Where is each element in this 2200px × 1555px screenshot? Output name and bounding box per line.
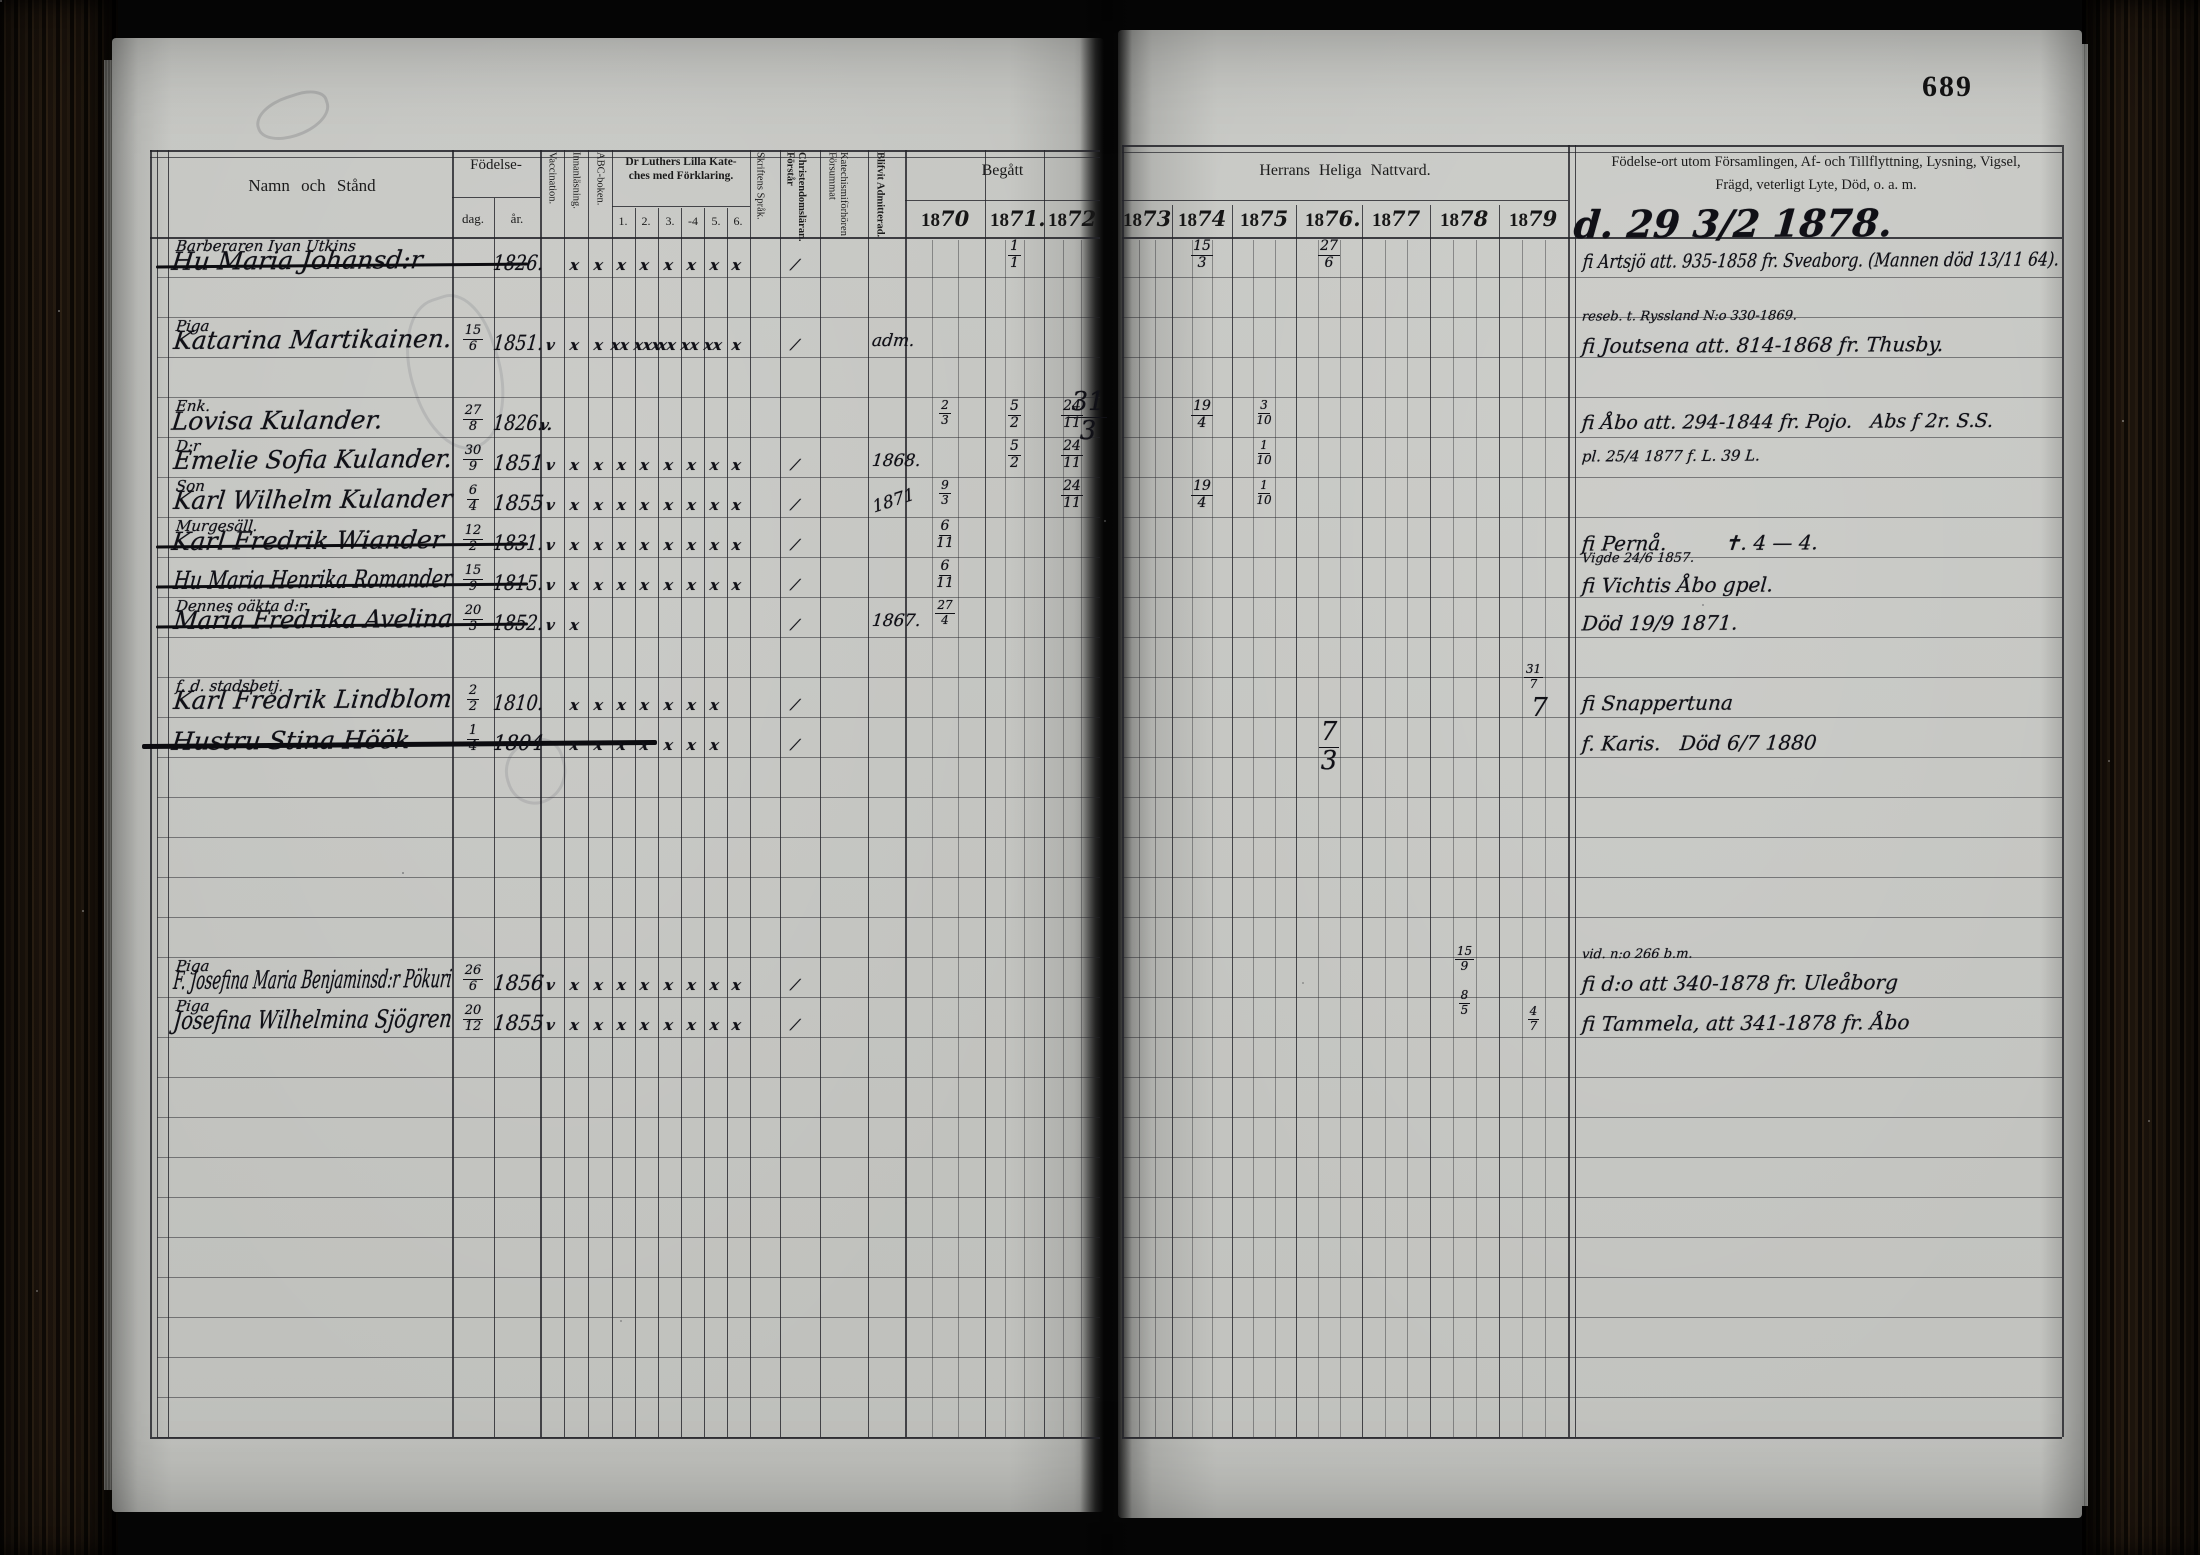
table-grid-line-h: [157, 877, 1100, 878]
table-grid-line-h: [157, 1197, 1100, 1198]
communion-date: 159: [1449, 945, 1481, 972]
mark-x: x: [731, 576, 742, 594]
table-grid-line-h: [1122, 1077, 2062, 1078]
mark-vaccination: v: [545, 576, 556, 594]
note-line: Död 19/9 1871.: [1581, 611, 1739, 636]
mark-x: xx: [610, 336, 630, 354]
parish-register-scan: 689 Namn och Stånd Födelse- dag. år. Vac…: [0, 0, 2200, 1555]
birth-year: 1851.: [492, 331, 545, 355]
table-grid-line-v: [1522, 240, 1523, 1437]
table-grid-line-v: [727, 208, 728, 1437]
table-grid-line-v: [750, 150, 751, 1437]
entry-name: Lovisa Kulander.: [170, 405, 384, 435]
year-label: 1875: [1240, 206, 1288, 232]
table-grid-line-h: [157, 477, 1100, 478]
mark-x: x: [639, 1016, 650, 1034]
communion-date: 310: [1248, 399, 1280, 426]
table-grid-line-v: [1122, 145, 1124, 1437]
table-grid-line-h: [1122, 1437, 2062, 1439]
table-grid-line-h: [1122, 517, 2062, 518]
mark-x: x: [663, 536, 674, 554]
birth-year: 1815.: [492, 571, 545, 595]
mark-understands: ⁄: [793, 456, 798, 474]
table-grid-line-h: [157, 1397, 1100, 1398]
mark-x: x: [663, 496, 674, 514]
mark-x: x: [569, 696, 580, 714]
table-grid-line-v: [1545, 240, 1546, 1437]
catechism-col-number: 1.: [615, 214, 631, 229]
birth-year: 1826.: [492, 411, 545, 435]
note-line: fi Snappertuna: [1581, 691, 1734, 716]
entry-name: F. Josefina Maria Benjaminsd:r Pökuri: [172, 964, 453, 995]
birth-day: 156: [457, 324, 489, 353]
mark-vaccination: v.: [539, 416, 554, 434]
table-grid-line-v: [1407, 240, 1408, 1437]
mark-vaccination: v: [545, 976, 556, 994]
catechism-col-number: -4: [685, 214, 701, 229]
entry-name: Maria Fredrika Avelina: [172, 604, 454, 635]
year-label: 1879: [1509, 206, 1557, 232]
table-grid-line-h: [157, 917, 1100, 918]
table-grid-line-v: [494, 198, 495, 1437]
admitted-value: 1868.: [871, 451, 922, 471]
mark-understands: ⁄: [793, 736, 798, 754]
table-grid-line-h: [157, 757, 1100, 758]
note-line: fi d:o att 340-1878 fr. Uleåborg: [1581, 970, 1899, 996]
table-grid-line-v: [1568, 145, 1570, 1437]
mark-x: xx: [680, 336, 700, 354]
table-grid-line-h: [150, 157, 1100, 158]
mark-x: x: [731, 336, 742, 354]
communion-date: 110: [1248, 439, 1280, 466]
mark-x: x: [663, 976, 674, 994]
table-grid-line-h: [157, 437, 1100, 438]
entry-name: Emelie Sofia Kulander.: [172, 444, 454, 475]
table-grid-line-v: [780, 150, 781, 1437]
table-grid-line-v: [704, 208, 705, 1437]
admitted-value: 1867.: [871, 611, 922, 631]
mark-x: x: [731, 536, 742, 554]
catechism-col-number: 2.: [638, 214, 654, 229]
table-grid-line-v: [150, 150, 152, 1437]
table-grid-line-h: [157, 957, 1100, 958]
mark-vaccination: v: [545, 496, 556, 514]
communion-date: 2411: [1056, 439, 1088, 470]
table-grid-line-v: [1362, 205, 1363, 1437]
birth-day: 122: [457, 524, 489, 553]
table-grid-line-h: [157, 277, 1100, 278]
table-grid-line-v: [2062, 145, 2064, 1437]
communion-date: 194: [1186, 479, 1218, 510]
table-grid-line-v: [868, 150, 869, 1437]
table-grid-line-v: [564, 150, 565, 1437]
note-line: fi Vichtis Åbo gpel.: [1581, 572, 1774, 597]
table-grid-line-v: [157, 150, 158, 1437]
mark-x: x: [593, 736, 604, 754]
mark-vaccination: v: [545, 456, 556, 474]
table-grid-line-h: [157, 1037, 1100, 1038]
mark-x: x: [593, 576, 604, 594]
mark-x: x: [663, 736, 674, 754]
birth-day: 2012: [457, 1004, 489, 1033]
table-grid-line-v: [1232, 205, 1233, 1437]
communion-date: 52: [999, 399, 1031, 430]
mark-x: x: [639, 496, 650, 514]
note-line: fi Joutsena att. 814-1868 fr. Thusby.: [1581, 332, 1945, 358]
birth-day: 14: [457, 724, 489, 753]
year-label: 1877: [1372, 206, 1420, 232]
mark-x: x: [709, 696, 720, 714]
mark-x: x: [731, 456, 742, 474]
table-grid-line-v: [1296, 205, 1297, 1437]
mark-x: x: [639, 976, 650, 994]
table-grid-line-h: [1122, 717, 2062, 718]
mark-x: x: [709, 976, 720, 994]
table-grid-line-h: [157, 717, 1100, 718]
table-grid-line-v: [1139, 240, 1140, 1437]
mark-x: x: [593, 256, 604, 274]
mark-x: x: [686, 576, 697, 594]
table-grid-line-h: [1122, 637, 2062, 638]
mark-understands: ⁄: [793, 616, 798, 634]
mark-x: x: [709, 456, 720, 474]
table-grid-line-h: [157, 1077, 1100, 1078]
table-grid-line-h: [1122, 152, 2062, 153]
mark-x: x: [569, 496, 580, 514]
note-line: fi Tammela, att 341-1878 fr. Åbo: [1581, 1010, 1911, 1036]
mark-x: x: [639, 536, 650, 554]
table-grid-line-v: [452, 150, 454, 1437]
table-grid-line-v: [1155, 240, 1156, 1437]
birth-year: 1852.: [492, 611, 545, 635]
communion-date: 7: [1524, 695, 1556, 722]
communion-date: 611: [929, 559, 961, 590]
mark-x: x: [639, 256, 650, 274]
table-grid-line-v: [1430, 205, 1431, 1437]
table-grid-line-h: [157, 517, 1100, 518]
mark-x: x: [616, 696, 627, 714]
mark-x: x: [593, 456, 604, 474]
mark-x: x: [569, 576, 580, 594]
table-grid-line-h: [1122, 757, 2062, 758]
mark-x: x: [709, 1016, 720, 1034]
mark-x: x: [569, 976, 580, 994]
mark-x: x: [686, 496, 697, 514]
note-line: fi Artsjö att. 935-1858 fr. Sveaborg. (M…: [1582, 249, 2060, 273]
communion-date: 11: [999, 239, 1031, 270]
table-grid-line-h: [1122, 277, 2062, 278]
mark-x: x: [686, 256, 697, 274]
mark-x: x: [709, 576, 720, 594]
communion-date: 2411: [1056, 479, 1088, 510]
table-grid-line-h: [157, 1157, 1100, 1158]
table-grid-line-h: [157, 837, 1100, 838]
year-label: 1874: [1178, 206, 1226, 232]
catechism-col-number: 5.: [708, 214, 724, 229]
year-label: 1876.: [1305, 206, 1353, 232]
mark-x: x: [709, 256, 720, 274]
communion-date: 85: [1449, 989, 1481, 1016]
note-line: fi Åbo att. 294-1844 fr. Pojo. Abs f 2r.…: [1581, 410, 1994, 434]
birth-day: 266: [457, 964, 489, 993]
table-grid-line-h: [150, 1437, 1100, 1439]
table-grid-line-v: [1476, 240, 1477, 1437]
communion-date: 611: [929, 519, 961, 550]
table-grid-line-h: [905, 200, 1100, 201]
catechism-col-number: 6.: [730, 214, 746, 229]
mark-x: x: [616, 976, 627, 994]
table-grid-line-v: [1499, 205, 1500, 1437]
table-grid-line-v: [1044, 150, 1045, 1437]
table-grid-line-v: [1385, 240, 1386, 1437]
table-grid-line-h: [1122, 1197, 2062, 1198]
table-grid-line-v: [820, 150, 821, 1437]
table-grid-line-h: [157, 1317, 1100, 1318]
mark-x: x: [663, 1016, 674, 1034]
mark-understands: ⁄: [793, 336, 798, 354]
mark-x: x: [569, 736, 580, 754]
mark-x: x: [686, 736, 697, 754]
table-grid-line-h: [1122, 1037, 2062, 1038]
table-grid-line-h: [1122, 917, 2062, 918]
mark-x: x: [731, 256, 742, 274]
communion-date: 47: [1518, 1005, 1550, 1032]
communion-date: 194: [1186, 399, 1218, 430]
table-layer: 18701871.18721873187418751876.1877187818…: [0, 0, 2200, 1555]
birth-year: 1810.: [492, 691, 545, 715]
birth-day: 203: [457, 604, 489, 633]
mark-x: x: [731, 976, 742, 994]
mark-x: x: [639, 456, 650, 474]
mark-x: x: [616, 1016, 627, 1034]
table-grid-line-h: [1122, 1317, 2062, 1318]
mark-x: x: [616, 576, 627, 594]
mark-x: x: [569, 456, 580, 474]
table-grid-line-h: [1122, 1397, 2062, 1398]
mark-vaccination: v: [545, 1016, 556, 1034]
mark-x: x: [616, 536, 627, 554]
table-grid-line-h: [1122, 145, 2062, 147]
mark-x: x: [663, 696, 674, 714]
table-grid-line-v: [635, 208, 636, 1437]
table-grid-line-h: [612, 206, 750, 207]
mark-x: x: [616, 256, 627, 274]
mark-x: x: [731, 496, 742, 514]
dust-specks: [0, 0, 2, 2]
mark-vaccination: v: [545, 536, 556, 554]
birth-day: 22: [457, 684, 489, 713]
table-grid-line-h: [1122, 997, 2062, 998]
table-grid-line-v: [1318, 240, 1319, 1437]
table-grid-line-h: [1122, 200, 1568, 201]
entry-name: Katarina Martikainen.: [172, 324, 453, 355]
note-line: Vigde 24/6 1857.: [1581, 551, 1695, 567]
table-grid-line-h: [157, 557, 1100, 558]
birth-year: 1804: [492, 731, 545, 755]
mark-x: x: [569, 536, 580, 554]
birth-year: 1826.: [492, 251, 545, 275]
communion-date: 93: [929, 479, 961, 506]
birth-year: 1855: [492, 491, 545, 515]
entry-name: Karl Wilhelm Kulander: [172, 484, 454, 515]
table-grid-line-h: [1122, 677, 2062, 678]
entry-name: Karl Fredrik Lindblom: [172, 684, 454, 715]
birth-day: 278: [457, 404, 489, 433]
mark-x: x: [593, 696, 604, 714]
table-grid-line-v: [1453, 240, 1454, 1437]
mark-x: x: [709, 496, 720, 514]
mark-x: x: [686, 1016, 697, 1034]
communion-date: 153: [1186, 239, 1218, 270]
mark-x: x: [569, 336, 580, 354]
mark-x: x: [593, 496, 604, 514]
mark-x: x: [639, 696, 650, 714]
communion-date: 23: [929, 399, 961, 426]
mark-x: xx: [657, 336, 677, 354]
mark-x: x: [663, 256, 674, 274]
catechism-col-number: 3.: [662, 214, 678, 229]
table-grid-line-v: [658, 208, 659, 1437]
table-grid-line-h: [1122, 877, 2062, 878]
admitted-value: adm.: [871, 331, 916, 351]
entry-name: Karl Fredrik Wiander: [170, 525, 445, 556]
birth-day: 64: [457, 484, 489, 513]
birth-year: 1831.: [492, 531, 545, 555]
admitted-value: 1871: [871, 484, 916, 517]
mark-x: x: [663, 576, 674, 594]
mark-understands: ⁄: [793, 576, 798, 594]
mark-x: x: [593, 336, 604, 354]
mark-x: x: [686, 976, 697, 994]
note-line: reseb. t. Ryssland N:o 330-1869.: [1581, 308, 1797, 324]
note-line: pl. 25/4 1877 f. L. 39 L.: [1581, 447, 1761, 466]
birth-day: 309: [457, 444, 489, 473]
year-label: 1871.: [990, 206, 1038, 232]
note-line: vid. n:o 266 b.m.: [1581, 947, 1693, 963]
year-label: 1872: [1048, 206, 1096, 232]
year-label: 1873: [1123, 206, 1171, 232]
mark-x: x: [639, 576, 650, 594]
table-grid-line-h: [157, 1277, 1100, 1278]
mark-understands: ⁄: [793, 696, 798, 714]
note-line: d. 29 3/2 1878.: [1572, 200, 1894, 247]
mark-vaccination: v: [545, 616, 556, 634]
table-grid-line-v: [681, 208, 682, 1437]
communion-date: 276: [1313, 239, 1345, 270]
birth-day: 159: [457, 564, 489, 593]
mark-x: x: [569, 616, 580, 634]
table-grid-line-h: [157, 397, 1100, 398]
table-grid-line-h: [1122, 1277, 2062, 1278]
table-grid-line-h: [157, 1357, 1100, 1358]
table-grid-line-h: [1122, 1237, 2062, 1238]
mark-x: x: [709, 536, 720, 554]
table-grid-line-h: [452, 197, 540, 198]
mark-understands: ⁄: [793, 496, 798, 514]
table-grid-line-h: [157, 637, 1100, 638]
mark-x: x: [593, 976, 604, 994]
table-grid-line-h: [1122, 797, 2062, 798]
mark-understands: ⁄: [793, 536, 798, 554]
mark-x: x: [616, 736, 627, 754]
entry-name: Hustru Stina Höök: [170, 725, 412, 756]
mark-x: x: [569, 1016, 580, 1034]
birth-year: 1851: [492, 451, 545, 475]
year-label: 1870: [921, 206, 969, 232]
table-grid-line-h: [157, 997, 1100, 998]
mark-x: x: [569, 256, 580, 274]
table-grid-line-h: [157, 677, 1100, 678]
table-grid-line-h: [150, 150, 1100, 152]
table-grid-line-h: [157, 797, 1100, 798]
table-grid-line-h: [1122, 837, 2062, 838]
table-grid-line-h: [1122, 1357, 2062, 1358]
mark-x: x: [593, 1016, 604, 1034]
communion-date: 52: [999, 439, 1031, 470]
table-grid-line-h: [157, 317, 1100, 318]
table-grid-line-h: [1122, 1157, 2062, 1158]
year-label: 1878: [1440, 206, 1488, 232]
mark-x: x: [686, 536, 697, 554]
entry-name: Hu Maria Henrika Romander: [172, 564, 454, 595]
birth-year: 1855: [492, 1011, 545, 1035]
table-grid-line-v: [168, 150, 169, 1437]
table-grid-line-h: [157, 1117, 1100, 1118]
mark-x: x: [616, 496, 627, 514]
mark-x: x: [686, 696, 697, 714]
mark-x: x: [639, 736, 650, 754]
entry-name: Hu Maria Johansd:r: [170, 245, 424, 276]
mark-vaccination: v: [545, 336, 556, 354]
table-grid-line-h: [157, 1237, 1100, 1238]
table-grid-line-v: [1340, 240, 1341, 1437]
communion-date: 317: [1518, 663, 1550, 690]
mark-understands: ⁄: [793, 256, 798, 274]
communion-date: 73: [1313, 719, 1345, 776]
mark-understands: ⁄: [793, 976, 798, 994]
note-line: f. Karis. Död 6/7 1880: [1581, 730, 1818, 755]
table-grid-line-v: [1172, 205, 1173, 1437]
mark-x: x: [663, 456, 674, 474]
table-grid-line-v: [1575, 145, 1576, 1437]
mark-x: x: [616, 456, 627, 474]
mark-x: xx: [703, 336, 723, 354]
mark-x: x: [709, 736, 720, 754]
birth-year: 1856: [492, 971, 545, 995]
table-grid-line-v: [985, 150, 986, 1437]
table-grid-line-h: [1122, 1117, 2062, 1118]
table-grid-line-v: [588, 150, 589, 1437]
mark-x: x: [593, 536, 604, 554]
mark-understands: ⁄: [793, 1016, 798, 1034]
mark-x: x: [731, 1016, 742, 1034]
communion-date: 110: [1248, 479, 1280, 506]
table-grid-line-h: [157, 357, 1100, 358]
entry-name: Josefina Wilhelmina Sjögren: [172, 1004, 454, 1035]
communion-date: 274: [929, 599, 961, 626]
mark-x: x: [686, 456, 697, 474]
